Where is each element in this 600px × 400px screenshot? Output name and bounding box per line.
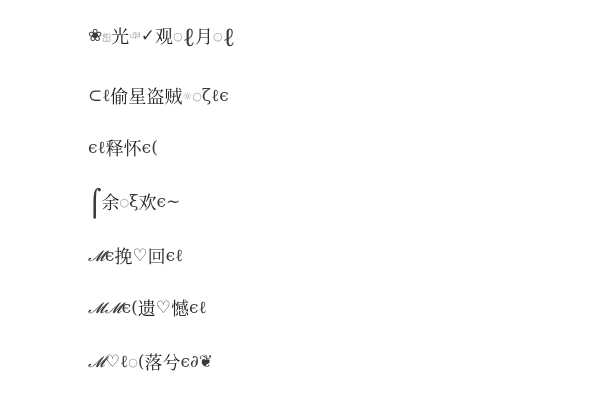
swirl-icon: ✓ <box>141 26 155 46</box>
name-char: 余 <box>102 189 120 215</box>
leaf-icon: ❦ <box>199 352 213 372</box>
curl-icon: ϵ <box>105 246 115 266</box>
name-char: 挽 <box>114 243 132 269</box>
ornament-glyph: ঞ <box>129 27 141 46</box>
circle-icon: ○ <box>128 356 138 369</box>
name-line-yu-huan: ⌠ 余 ○ ξ 欢 ϵ~ <box>88 184 180 220</box>
document-page: ❀ ஐ 光 ঞ ✓ 观 ○ ℓ 月 ○ ℓ ⊂ℓ 偷星盗贼 ☼○ ζℓ ϵ ϵℓ… <box>0 0 600 400</box>
name-char: 憾 <box>171 295 189 321</box>
curl-icon: ϵℓ <box>166 246 184 266</box>
wave-icon: ϵ~ <box>157 192 181 212</box>
curl-icon: ϵℓ <box>88 138 106 158</box>
curl-icon: ϵ( <box>142 138 158 158</box>
curl-icon: ϵ( <box>122 298 138 318</box>
name-line-yi-han: 𝓜𝓜 ϵ( 遗 ♡ 憾 ϵℓ <box>88 290 207 326</box>
name-char: 光 <box>111 23 129 49</box>
curl-icon: ζℓ <box>202 86 219 106</box>
heart-curl-icon: ♡ℓ <box>105 352 128 372</box>
swirl-icon: ξ <box>129 192 138 212</box>
name-char: 月 <box>195 23 213 49</box>
name-char: 遗 <box>138 295 156 321</box>
name-line-guang-guan-yue: ❀ ஐ 光 ঞ ✓ 观 ○ ℓ 月 ○ ℓ <box>88 18 235 54</box>
curl-icon: ℓ <box>223 25 235 51</box>
curl-icon: ⌠ <box>88 191 102 217</box>
name-line-tou-xing-dao-zei: ⊂ℓ 偷星盗贼 ☼○ ζℓ ϵ <box>88 78 229 114</box>
name-char: 欢 <box>139 189 157 215</box>
name-line-shi-huai: ϵℓ 释怀 ϵ( <box>88 130 158 166</box>
curl-icon: ϵ <box>219 86 229 106</box>
name-char: 回 <box>148 243 166 269</box>
circle-icon: ○ <box>173 30 183 43</box>
heart-icon: ♡ <box>156 298 171 318</box>
curl-icon: ℓ <box>183 25 195 51</box>
name-text: 偷星盗贼 <box>110 83 182 109</box>
sparkle-icon: ☼○ <box>182 90 201 103</box>
curl-icon: ( <box>138 352 145 372</box>
name-char: 观 <box>155 23 173 49</box>
curl-icon: ϵℓ <box>189 298 207 318</box>
script-m-icon: 𝓜𝓜 <box>88 299 122 317</box>
curl-icon: ⊂ℓ <box>88 86 110 106</box>
circle-icon: ○ <box>213 30 223 43</box>
name-text: 落兮 <box>144 349 180 375</box>
curl-icon: ϵ∂ <box>180 352 198 372</box>
script-m-icon: 𝓜 <box>88 353 105 371</box>
name-line-wan-hui: 𝓜 ϵ 挽 ♡ 回 ϵℓ <box>88 238 183 274</box>
script-m-icon: 𝓜 <box>88 247 105 265</box>
flower-icon: ❀ <box>88 26 102 46</box>
circle-icon: ○ <box>120 196 130 209</box>
heart-icon: ♡ <box>132 246 147 266</box>
name-text: 释怀 <box>106 135 142 161</box>
ornament-glyph: ஐ <box>102 29 111 44</box>
name-line-luo-xi: 𝓜 ♡ℓ ○ ( 落兮 ϵ∂ ❦ <box>88 344 213 380</box>
